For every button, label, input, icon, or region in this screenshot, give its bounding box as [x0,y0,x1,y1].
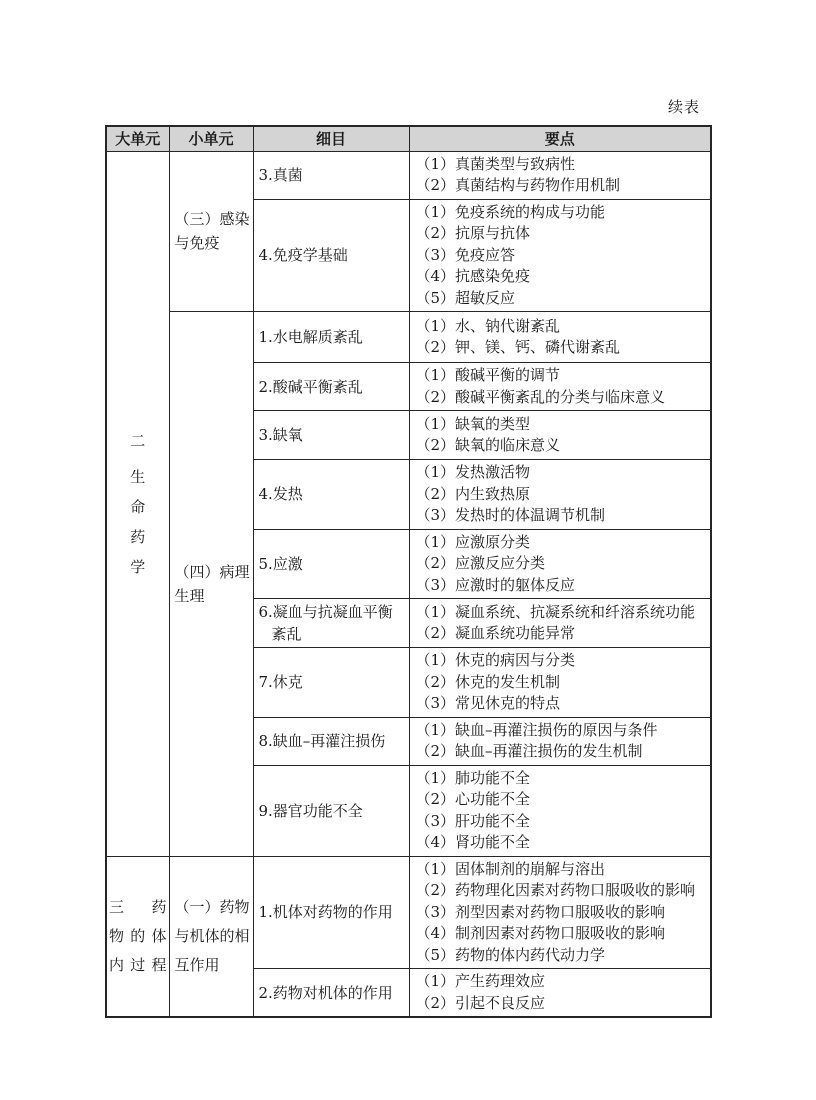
point-line: （5）药物的体内药代动力学 [416,945,708,967]
major-unit-text: 内过程 [109,951,167,980]
major-unit-text: 三 药 [109,893,167,922]
point-line: （1）免疫系统的构成与功能 [416,202,708,224]
point-line: （1）应激原分类 [416,532,708,554]
point-line: （2）凝血系统功能异常 [416,623,708,645]
item-text: 4.免疫学基础 [259,244,406,266]
item-text: 3.真菌 [259,164,406,186]
item-cell: 1.机体对药物的作用 [253,856,409,969]
point-line: （3）肝功能不全 [416,811,708,833]
item-text: 2.酸碱平衡紊乱 [259,376,406,398]
item-cell: 2.药物对机体的作用 [253,969,409,1018]
item-cell: 2.酸碱平衡紊乱 [253,363,409,411]
point-line: （3）常见休克的特点 [416,693,708,715]
header-major-unit: 大单元 [106,126,169,151]
points-cell: （1）免疫系统的构成与功能 （2）抗原与抗体 （3）免疫应答 （4）抗感染免疫 … [409,199,711,312]
table-row: 三 药 物的体 内过程 （一）药物 与机体的相 互作用 1.机体对药物的作用 （… [106,856,711,969]
point-line: （1）凝血系统、抗凝系统和纤溶系统功能 [416,602,708,624]
point-line: （2）引起不良反应 [416,993,708,1015]
point-line: （1）缺血–再灌注损伤的原因与条件 [416,720,708,742]
points-cell: （1）发热激活物 （2）内生致热原 （3）发热时的体温调节机制 [409,460,711,530]
point-line: （2）休克的发生机制 [416,672,708,694]
point-line: （2）缺血–再灌注损伤的发生机制 [416,741,708,763]
item-text: 紊乱 [259,623,406,645]
item-text: 2.药物对机体的作用 [259,982,406,1004]
item-text: 8.缺血–再灌注损伤 [259,730,406,752]
point-line: （1）产生药理效应 [416,971,708,993]
point-line: （3）应激时的躯体反应 [416,575,708,597]
major-unit-text: 命 [109,492,167,522]
sub-unit-text: （一）药物 [175,893,250,922]
point-line: （4）肾功能不全 [416,832,708,854]
point-line: （2）真菌结构与药物作用机制 [416,175,708,197]
item-cell: 9.器官功能不全 [253,765,409,856]
item-cell: 4.免疫学基础 [253,199,409,312]
sub-unit-text: （三）感染 [175,207,250,231]
sub-unit-text: 互作用 [175,951,250,980]
item-cell: 4.发热 [253,460,409,530]
item-text: 3.缺氧 [259,424,406,446]
points-cell: （1）酸碱平衡的调节 （2）酸碱平衡紊乱的分类与临床意义 [409,363,711,411]
item-cell: 3.缺氧 [253,411,409,460]
point-line: （3）剂型因素对药物口服吸收的影响 [416,902,708,924]
item-text: 4.发热 [259,483,406,505]
table-header-row: 大单元 小单元 细目 要点 [106,126,711,151]
point-line: （1）缺氧的类型 [416,414,708,436]
points-cell: （1）缺氧的类型 （2）缺氧的临床意义 [409,411,711,460]
sub-unit-text: 生理 [175,584,250,608]
major-unit-text: 生 [109,462,167,492]
item-text: 1.机体对药物的作用 [259,901,406,923]
item-cell: 5.应激 [253,529,409,599]
points-cell: （1）休克的病因与分类 （2）休克的发生机制 （3）常见休克的特点 [409,648,711,718]
sub-unit-cell-pathophysiology: （四）病理 生理 [169,312,253,857]
point-line: （3）免疫应答 [416,245,708,267]
point-line: （2）心功能不全 [416,789,708,811]
point-line: （4）制剂因素对药物口服吸收的影响 [416,923,708,945]
sub-unit-cell-drug-body-interaction: （一）药物 与机体的相 互作用 [169,856,253,1017]
major-unit-text: 学 [109,552,167,582]
syllabus-table: 大单元 小单元 细目 要点 二 生 命 药 学 （三）感染 与免疫 [105,125,712,1018]
points-cell: （1）产生药理效应 （2）引起不良反应 [409,969,711,1018]
item-text: 7.休克 [259,671,406,693]
item-cell: 8.缺血–再灌注损伤 [253,717,409,765]
points-cell: （1）真菌类型与致病性 （2）真菌结构与药物作用机制 [409,151,711,199]
continued-table-label: 续表 [105,96,710,117]
points-cell: （1）凝血系统、抗凝系统和纤溶系统功能 （2）凝血系统功能异常 [409,599,711,648]
major-unit-text: 二 [109,426,167,456]
major-unit-cell-3: 三 药 物的体 内过程 [106,856,169,1017]
point-line: （2）酸碱平衡紊乱的分类与临床意义 [416,387,708,409]
point-line: （1）发热激活物 [416,462,708,484]
item-cell: 1.水电解质紊乱 [253,312,409,363]
point-line: （1）肺功能不全 [416,768,708,790]
point-line: （1）休克的病因与分类 [416,650,708,672]
header-item: 细目 [253,126,409,151]
major-unit-text: 物的体 [109,922,167,951]
header-points: 要点 [409,126,711,151]
point-line: （4）抗感染免疫 [416,266,708,288]
header-sub-unit: 小单元 [169,126,253,151]
points-cell: （1）固体制剂的崩解与溶出 （2）药物理化因素对药物口服吸收的影响 （3）剂型因… [409,856,711,969]
table-row: （四）病理 生理 1.水电解质紊乱 （1）水、钠代谢紊乱 （2）钾、镁、钙、磷代… [106,312,711,363]
point-line: （1）水、钠代谢紊乱 [416,316,708,338]
item-text: 5.应激 [259,553,406,575]
points-cell: （1）缺血–再灌注损伤的原因与条件 （2）缺血–再灌注损伤的发生机制 [409,717,711,765]
point-line: （2）应激反应分类 [416,553,708,575]
sub-unit-cell-infection-immunity: （三）感染 与免疫 [169,151,253,312]
item-cell: 3.真菌 [253,151,409,199]
item-text: 6.凝血与抗凝血平衡 [259,601,406,623]
major-unit-cell-2: 二 生 命 药 学 [106,151,169,856]
sub-unit-text: 与免疫 [175,231,250,255]
sub-unit-text: （四）病理 [175,560,250,584]
item-cell: 7.休克 [253,648,409,718]
point-line: （3）发热时的体温调节机制 [416,505,708,527]
point-line: （1）酸碱平衡的调节 [416,365,708,387]
item-text: 9.器官功能不全 [259,800,406,822]
point-line: （2）钾、镁、钙、磷代谢紊乱 [416,337,708,359]
points-cell: （1）应激原分类 （2）应激反应分类 （3）应激时的躯体反应 [409,529,711,599]
table-row: 二 生 命 药 学 （三）感染 与免疫 3.真菌 （1）真菌类型与致病性 （2）… [106,151,711,199]
points-cell: （1）水、钠代谢紊乱 （2）钾、镁、钙、磷代谢紊乱 [409,312,711,363]
point-line: （2）缺氧的临床意义 [416,435,708,457]
sub-unit-text: 与机体的相 [175,922,250,951]
point-line: （2）内生致热原 [416,484,708,506]
points-cell: （1）肺功能不全 （2）心功能不全 （3）肝功能不全 （4）肾功能不全 [409,765,711,856]
item-text: 1.水电解质紊乱 [259,326,406,348]
point-line: （1）固体制剂的崩解与溶出 [416,859,708,881]
point-line: （1）真菌类型与致病性 [416,154,708,176]
document-page: 续表 大单元 小单元 细目 要点 二 生 命 药 学 （三）感染 [0,0,816,1100]
point-line: （2）药物理化因素对药物口服吸收的影响 [416,880,708,902]
point-line: （2）抗原与抗体 [416,223,708,245]
point-line: （5）超敏反应 [416,288,708,310]
item-cell: 6.凝血与抗凝血平衡 紊乱 [253,599,409,648]
major-unit-text: 药 [109,522,167,552]
